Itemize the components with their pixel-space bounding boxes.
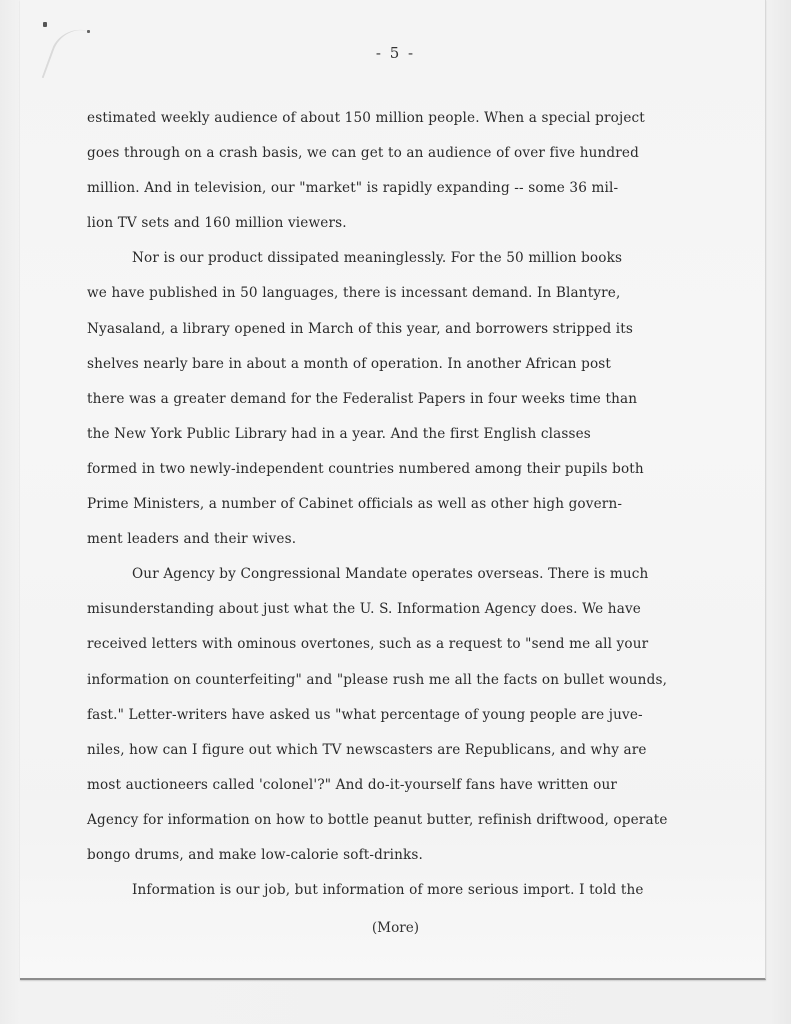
text-line: Agency for information on how to bottle … bbox=[87, 803, 737, 838]
paragraph: Our Agency by Congressional Mandate oper… bbox=[87, 557, 737, 873]
text-line: information on counterfeiting" and "plea… bbox=[87, 663, 737, 698]
text-line: Prime Ministers, a number of Cabinet off… bbox=[87, 487, 737, 522]
text-line: Nyasaland, a library opened in March of … bbox=[87, 312, 737, 347]
text-line: shelves nearly bare in about a month of … bbox=[87, 347, 737, 382]
text-line: we have published in 50 languages, there… bbox=[87, 276, 737, 311]
text-line: Nor is our product dissipated meaningles… bbox=[87, 241, 737, 276]
document-body: estimated weekly audience of about 150 m… bbox=[87, 101, 737, 908]
paragraph: estimated weekly audience of about 150 m… bbox=[87, 101, 737, 241]
text-line: misunderstanding about just what the U. … bbox=[87, 592, 737, 627]
paragraph: Nor is our product dissipated meaningles… bbox=[87, 241, 737, 557]
text-line: the New York Public Library had in a yea… bbox=[87, 417, 737, 452]
continuation-marker: (More) bbox=[0, 920, 791, 936]
text-line: lion TV sets and 160 million viewers. bbox=[87, 206, 737, 241]
staple-mark bbox=[43, 22, 47, 27]
text-line: received letters with ominous overtones,… bbox=[87, 627, 737, 662]
text-line: formed in two newly-independent countrie… bbox=[87, 452, 737, 487]
page-number: - 5 - bbox=[0, 44, 791, 62]
text-line: ment leaders and their wives. bbox=[87, 522, 737, 557]
text-line: niles, how can I figure out which TV new… bbox=[87, 733, 737, 768]
text-line: Information is our job, but information … bbox=[87, 873, 737, 908]
text-line: million. And in television, our "market"… bbox=[87, 171, 737, 206]
paragraph: Information is our job, but information … bbox=[87, 873, 737, 908]
text-line: fast." Letter-writers have asked us "wha… bbox=[87, 698, 737, 733]
text-line: there was a greater demand for the Feder… bbox=[87, 382, 737, 417]
text-line: goes through on a crash basis, we can ge… bbox=[87, 136, 737, 171]
text-line: most auctioneers called 'colonel'?" And … bbox=[87, 768, 737, 803]
text-line: Our Agency by Congressional Mandate oper… bbox=[87, 557, 737, 592]
text-line: bongo drums, and make low-calorie soft-d… bbox=[87, 838, 737, 873]
text-line: estimated weekly audience of about 150 m… bbox=[87, 101, 737, 136]
dust-speck bbox=[87, 30, 90, 33]
